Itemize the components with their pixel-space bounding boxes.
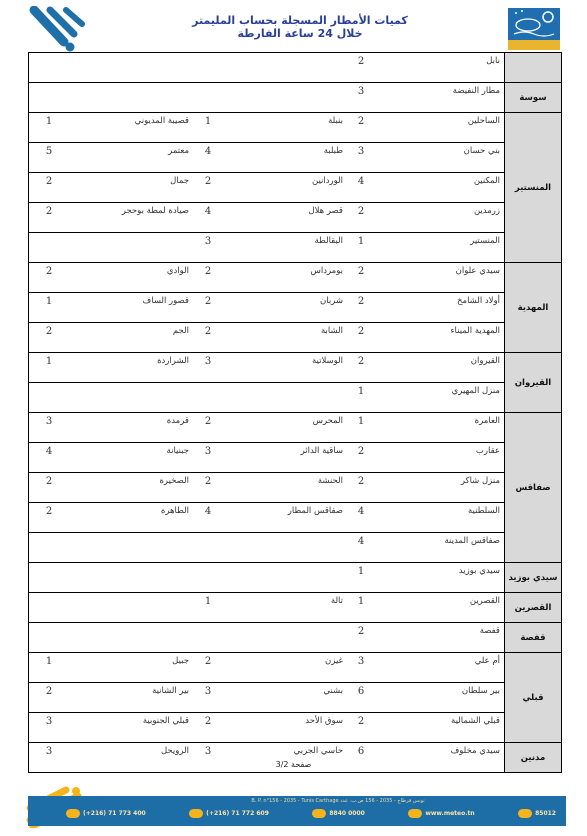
- rainfall-value: [193, 623, 223, 653]
- table-row: بير سلطان6بشني3بير الشانية2: [29, 683, 561, 713]
- table-row: المهدية الميناء2الشابة2الجم2: [29, 323, 561, 353]
- call-icon: [518, 809, 532, 818]
- rainfall-value: 3: [347, 143, 375, 173]
- station-name: الحنشة: [223, 473, 347, 503]
- station-name: مطار النفيضة: [375, 83, 505, 113]
- rainfall-value: 1: [347, 233, 375, 263]
- rainfall-value: 5: [29, 143, 69, 173]
- rainfall-value: 3: [193, 353, 223, 383]
- footer-contacts: (+216) 71 773 400 (+216) 71 772 609 8840…: [66, 809, 556, 818]
- station-name: [223, 383, 347, 413]
- rainfall-value: [29, 533, 69, 563]
- rainfall-value: [29, 563, 69, 593]
- station-name: [223, 563, 347, 593]
- contact-hotline-text: 8840 0000: [329, 810, 365, 817]
- region-cell: سيدي بوزيد: [505, 563, 562, 593]
- region-cell: قفصة: [505, 623, 562, 653]
- table-row: القيروانالقيروان2الوسلاتية3الشراردة1: [29, 353, 561, 383]
- station-name: الطاهرة: [69, 503, 193, 533]
- station-name: الشابة: [223, 323, 347, 353]
- contact-fax[interactable]: (+216) 71 772 609: [189, 809, 269, 818]
- rainfall-value: 2: [347, 323, 375, 353]
- station-name: [69, 563, 193, 593]
- rainfall-value: 2: [347, 53, 375, 83]
- rainfall-value: 2: [347, 353, 375, 383]
- rainfall-value: [29, 83, 69, 113]
- station-name: القصرين: [375, 593, 505, 623]
- web-icon: [408, 809, 422, 818]
- rainfall-value: 4: [347, 533, 375, 563]
- station-name: صيادة لمطة بوحجر: [69, 203, 193, 233]
- table-row: المنستيرالساحلين2بنبلة1قصيبة المديوني1: [29, 113, 561, 143]
- rainfall-value: 2: [347, 113, 375, 143]
- table-row: السلطنية4صفاقس المطار4الطاهرة2: [29, 503, 561, 533]
- rainfall-value: 1: [29, 653, 69, 683]
- station-name: جمال: [69, 173, 193, 203]
- station-name: بير سلطان: [375, 683, 505, 713]
- station-name: عقارب: [375, 443, 505, 473]
- rainfall-value: 1: [29, 353, 69, 383]
- rainfall-value: 3: [29, 413, 69, 443]
- station-name: طبلبة: [223, 143, 347, 173]
- table-row: المكنين4الوردانين2جمال2: [29, 173, 561, 203]
- station-name: ساقية الدائر: [223, 443, 347, 473]
- rainfall-value: 2: [347, 473, 375, 503]
- rainfall-value: 2: [193, 323, 223, 353]
- station-name: [69, 533, 193, 563]
- rainfall-value: 4: [193, 503, 223, 533]
- contact-phone[interactable]: (+216) 71 773 400: [66, 809, 146, 818]
- title-line-2: خلال 24 ساعة الفارطة: [150, 27, 450, 40]
- station-name: المنستير: [375, 233, 505, 263]
- station-name: صفاقس المدينة: [375, 533, 505, 563]
- rainfall-value: 2: [347, 293, 375, 323]
- station-name: شربان: [223, 293, 347, 323]
- station-name: نابل: [375, 53, 505, 83]
- rainfall-value: [193, 533, 223, 563]
- table-row: نابل2: [29, 53, 561, 83]
- table-row: أولاد الشامخ2شربان2قصور الساف1: [29, 293, 561, 323]
- station-name: معتمر: [69, 143, 193, 173]
- rainfall-value: 1: [29, 113, 69, 143]
- station-name: قصر هلال: [223, 203, 347, 233]
- rainfall-value: [193, 83, 223, 113]
- region-cell: قبلي: [505, 653, 562, 743]
- rainfall-value: 1: [347, 563, 375, 593]
- rainfall-table: نابل2سوسةمطار النفيضة3المنستيرالساحلين2ب…: [28, 52, 562, 773]
- rainfall-value: 2: [29, 683, 69, 713]
- station-name: قبلي الجنوبية: [69, 713, 193, 743]
- region-cell: المهدية: [505, 263, 562, 353]
- station-name: منزل شاكر: [375, 473, 505, 503]
- station-name: سوق الأحد: [223, 713, 347, 743]
- hotline-icon: [312, 809, 326, 818]
- station-name: الوردانين: [223, 173, 347, 203]
- station-name: الوسلاتية: [223, 353, 347, 383]
- station-name: الساحلين: [375, 113, 505, 143]
- station-name: الصخيرة: [69, 473, 193, 503]
- contact-fax-text: (+216) 71 772 609: [206, 810, 269, 817]
- station-name: [69, 623, 193, 653]
- table-row: المهديةسيدي علوان2بومرداس2الوادي2: [29, 263, 561, 293]
- station-name: [223, 83, 347, 113]
- station-name: منزل المهيري: [375, 383, 505, 413]
- rainfall-value: [193, 53, 223, 83]
- station-name: الوادي: [69, 263, 193, 293]
- rainfall-value: 3: [193, 233, 223, 263]
- rainfall-value: 4: [193, 143, 223, 173]
- table-row: منزل شاكر2الحنشة2الصخيرة2: [29, 473, 561, 503]
- region-cell: سوسة: [505, 83, 562, 113]
- station-name: جبيل: [69, 653, 193, 683]
- station-name: قبلي الشمالية: [375, 713, 505, 743]
- station-name: قفصة: [375, 623, 505, 653]
- station-name: قصور الساف: [69, 293, 193, 323]
- station-name: العامرة: [375, 413, 505, 443]
- contact-hotline[interactable]: 8840 0000: [312, 809, 365, 818]
- station-name: أولاد الشامخ: [375, 293, 505, 323]
- rainfall-value: 3: [193, 443, 223, 473]
- rainfall-value: [29, 233, 69, 263]
- region-cell: القصرين: [505, 593, 562, 623]
- station-name: البقالطة: [223, 233, 347, 263]
- table-row: صفاقسالعامرة1المحرس2قرمدة3: [29, 413, 561, 443]
- rainfall-value: 2: [193, 413, 223, 443]
- footer-bar: B. P. n°156 - 2035 - Tunis Carthage تونس…: [28, 796, 566, 826]
- rainfall-value: 2: [29, 473, 69, 503]
- region-cell: [505, 53, 562, 83]
- table-row: صفاقس المدينة4: [29, 533, 561, 563]
- station-name: سيدي علوان: [375, 263, 505, 293]
- rainfall-value: [29, 53, 69, 83]
- table-row: قبليأم علي3غيزن2جبيل1: [29, 653, 561, 683]
- rainfall-value: 2: [193, 173, 223, 203]
- station-name: الجم: [69, 323, 193, 353]
- table-row: قبلي الشمالية2سوق الأحد2قبلي الجنوبية3: [29, 713, 561, 743]
- station-name: صفاقس المطار: [223, 503, 347, 533]
- region-cell: المنستير: [505, 113, 562, 263]
- rainfall-value: 1: [347, 383, 375, 413]
- station-name: قرمدة: [69, 413, 193, 443]
- rainfall-value: 1: [193, 593, 223, 623]
- rainfall-value: 1: [29, 293, 69, 323]
- rainfall-value: [193, 383, 223, 413]
- station-name: جبنيانة: [69, 443, 193, 473]
- table-row: سيدي بوزيدسيدي بوزيد1: [29, 563, 561, 593]
- table-row: منزل المهيري1: [29, 383, 561, 413]
- rainfall-value: [29, 623, 69, 653]
- rainfall-value: 2: [193, 263, 223, 293]
- rainfall-value: 2: [193, 713, 223, 743]
- rainfall-value: 2: [347, 713, 375, 743]
- rainfall-value: 3: [193, 683, 223, 713]
- rainfall-value: 2: [29, 503, 69, 533]
- rainfall-value: 2: [193, 653, 223, 683]
- station-name: أم علي: [375, 653, 505, 683]
- brand-stripes-logo-icon: [28, 6, 94, 52]
- page-header: كميات الأمطار المسجلة بحساب المليمتر خلا…: [0, 0, 587, 52]
- rainfall-value: 2: [193, 473, 223, 503]
- footer-address: B. P. n°156 - 2035 - Tunis Carthage تونس…: [128, 798, 548, 804]
- station-name: بشني: [223, 683, 347, 713]
- station-name: غيزن: [223, 653, 347, 683]
- rainfall-value: 3: [29, 713, 69, 743]
- contact-call-text: 85012: [535, 810, 556, 817]
- rainfall-value: [29, 383, 69, 413]
- rainfall-value: 2: [29, 323, 69, 353]
- meteo-institute-logo-icon: [508, 8, 560, 50]
- station-name: بومرداس: [223, 263, 347, 293]
- rainfall-value: 4: [347, 173, 375, 203]
- station-name: [69, 83, 193, 113]
- rainfall-value: 3: [347, 83, 375, 113]
- station-name: بنبلة: [223, 113, 347, 143]
- table-row: سوسةمطار النفيضة3: [29, 83, 561, 113]
- station-name: المهدية الميناء: [375, 323, 505, 353]
- region-cell: صفاقس: [505, 413, 562, 563]
- station-name: المكنين: [375, 173, 505, 203]
- station-name: الشراردة: [69, 353, 193, 383]
- table-row: المنستير1البقالطة3: [29, 233, 561, 263]
- rainfall-value: 4: [193, 203, 223, 233]
- rainfall-data-table: نابل2سوسةمطار النفيضة3المنستيرالساحلين2ب…: [29, 53, 561, 772]
- rainfall-value: 2: [347, 203, 375, 233]
- station-name: [223, 53, 347, 83]
- rainfall-value: 1: [193, 113, 223, 143]
- station-name: بير الشانية: [69, 683, 193, 713]
- rainfall-value: 2: [29, 173, 69, 203]
- contact-web[interactable]: www.meteo.tn: [408, 809, 474, 818]
- rainfall-value: [193, 563, 223, 593]
- phone-icon: [66, 809, 80, 818]
- page-number: صفحة 3/2: [0, 760, 587, 769]
- station-name: سيدي بوزيد: [375, 563, 505, 593]
- table-row: قفصةقفصة2: [29, 623, 561, 653]
- station-name: تالة: [223, 593, 347, 623]
- rainfall-value: 2: [347, 443, 375, 473]
- station-name: [69, 383, 193, 413]
- station-name: [69, 233, 193, 263]
- rainfall-value: 4: [29, 443, 69, 473]
- table-row: القصرينالقصرين1تالة1: [29, 593, 561, 623]
- station-name: السلطنية: [375, 503, 505, 533]
- rainfall-value: 2: [29, 203, 69, 233]
- rainfall-value: 2: [193, 293, 223, 323]
- station-name: [69, 53, 193, 83]
- rainfall-value: 6: [347, 683, 375, 713]
- contact-web-text: www.meteo.tn: [425, 810, 474, 817]
- rainfall-value: 4: [347, 503, 375, 533]
- station-name: قصيبة المديوني: [69, 113, 193, 143]
- rainfall-value: 2: [347, 623, 375, 653]
- table-row: عقارب2ساقية الدائر3جبنيانة4: [29, 443, 561, 473]
- rainfall-value: 1: [347, 593, 375, 623]
- table-row: زرمدين2قصر هلال4صيادة لمطة بوحجر2: [29, 203, 561, 233]
- rainfall-value: 3: [347, 653, 375, 683]
- station-name: القيروان: [375, 353, 505, 383]
- rainfall-value: [29, 593, 69, 623]
- fax-icon: [189, 809, 203, 818]
- station-name: [223, 533, 347, 563]
- station-name: بني حسان: [375, 143, 505, 173]
- page-title: كميات الأمطار المسجلة بحساب المليمتر خلا…: [150, 14, 450, 40]
- station-name: [223, 623, 347, 653]
- contact-call[interactable]: 85012: [518, 809, 556, 818]
- station-name: زرمدين: [375, 203, 505, 233]
- station-name: [69, 593, 193, 623]
- rainfall-value: 1: [347, 413, 375, 443]
- rainfall-value: 2: [29, 263, 69, 293]
- station-name: المحرس: [223, 413, 347, 443]
- contact-phone-text: (+216) 71 773 400: [83, 810, 146, 817]
- title-line-1: كميات الأمطار المسجلة بحساب المليمتر: [150, 14, 450, 27]
- region-cell: القيروان: [505, 353, 562, 413]
- table-row: بني حسان3طبلبة4معتمر5: [29, 143, 561, 173]
- rainfall-value: 2: [347, 263, 375, 293]
